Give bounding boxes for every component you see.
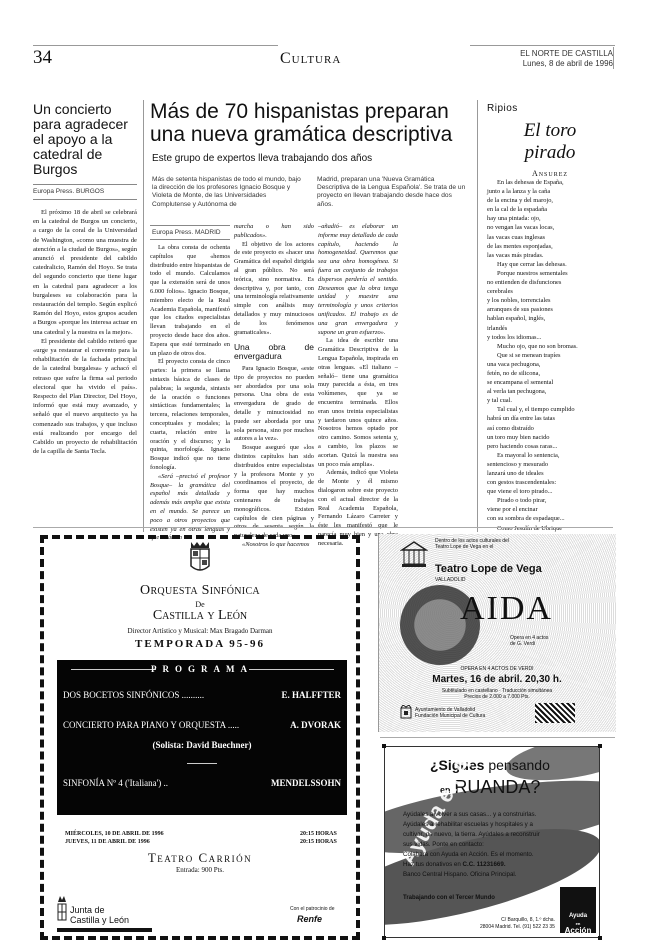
poem-line: lanzará uno de ideales [487,469,617,478]
poem-line: Como Jesulín de Ubrique [487,524,617,533]
ripios-label: Ripios [487,103,518,114]
poem-line: Tal cual y, el tiempo cumplido [487,405,617,414]
paragraph: El próximo 18 de abril se celebrará en l… [33,208,137,337]
poem-line: de las mentes esponjadas, [487,242,617,251]
poem-line: de la encina y del marojo, [487,196,617,205]
program-work: CONCIERTO PARA PIANO Y ORQUESTA ..... [63,720,239,730]
bank-account: C.C. 11231669. [463,861,506,868]
ruanda-ad: ¿Sigues pensando en RUANDA? Ayuda en Acc… [384,746,600,938]
body-line: Ayúdales a volver a sus casas... y a con… [403,810,593,820]
program-work: DOS BOCETOS SINFÓNICOS .......... [63,690,204,700]
paragraph: «Será –precisó el profesor Bosque– la gr… [150,473,230,543]
body-line: cultivar, de nuevo, la tierra. Ayúdales … [403,830,593,840]
main-article-lead-right: Madrid, preparan una 'Nueva Gramática De… [317,176,467,209]
poem-line: al verla tan pechugona, [487,387,617,396]
publication-name: EL NORTE DE CASTILLA [510,49,613,59]
poem-line: Porque nuestros sementales [487,269,617,278]
headline-light: pensando [488,757,550,773]
poem-line: no vengan las vacas locas, [487,223,617,232]
paragraph: La idea de escribir una Gramática Descri… [318,337,398,469]
poem-line: Es mayoral lo sentencia, [487,451,617,460]
paragraph: La obra consta de ochenta capítulos que … [150,244,230,358]
concert-date: MIÉRCOLES, 10 DE ABRIL DE 1996 [65,830,164,838]
poem-line: Que si se menean trapíes [487,351,617,360]
main-article-headline: Más de 70 hispanistas preparan una nueva… [150,100,470,146]
publication-date: Lunes, 8 de abril de 1996 [510,59,613,69]
corner-mark [598,936,602,940]
concert-times: 20:15 HORAS 20:15 HORAS [300,830,337,846]
address-line: 28004 Madrid. Tel. (91) 522 23 35 [480,924,555,931]
divider [33,184,137,185]
poem-line: arranques de sus pasiones [487,305,617,314]
logo-line: Ayuda [560,913,596,920]
header-rule [33,45,278,46]
poem-line: hablan español, inglés, [487,314,617,323]
corner-mark [382,744,386,748]
orchestra-director: Director Artístico y Musical: Max Bragad… [40,627,360,635]
orchestra-name: Orquesta Sinfónica [40,583,360,599]
concert-time: 20:15 HORAS [300,830,337,838]
coat-of-arms-icon [188,540,212,574]
poem-line: se encampana el semental [487,378,617,387]
poem-line: una vaca pechugona, [487,360,617,369]
address-line: C/ Barquillo, 8, 1.º dcha. [480,917,555,924]
aida-organizer: Ayuntamiento de Valladolid Fundación Mun… [415,707,485,719]
program-row: SINFONÍA Nº 4 ('Italiana') .. MENDELSSOH… [63,778,341,788]
body-line: Haz tus donativos en [403,861,461,868]
main-article-lead-left: Más de setenta hispanistas de todo el mu… [152,176,302,209]
divider [249,669,334,670]
ripios-title: El toro pirado [500,120,600,164]
poem-line: las vacas cuas inglesas [487,233,617,242]
poem-line: pero haciendo cosas raras... [487,442,617,451]
paragraph: Para Ignacio Bosque, «este tipo de proye… [234,365,314,444]
publication-info: EL NORTE DE CASTILLA Lunes, 8 de abril d… [510,49,613,69]
junta-crest-icon [57,892,67,922]
column-divider [143,100,144,532]
divider [380,737,615,738]
aida-org-line: Fundación Municipal de Cultura [415,713,485,719]
aida-info: OPERA EN 4 ACTOS DE VERDI [378,666,616,672]
poem-line: En las dehesas de España, [487,178,617,187]
poem-line: cerebrales [487,287,617,296]
program-row: DOS BOCETOS SINFÓNICOS .......... E. HAL… [63,690,341,700]
paragraph: El objetivo de los actores de este proye… [234,241,314,338]
ripios-poem: En las dehesas de España,junto a la lanz… [487,178,617,542]
orchestra-season: TEMPORADA 95-96 [40,638,360,650]
ticket-price: Entrada: 900 Pts. [40,866,360,874]
main-article-column-3: –añadió– es elaborar un informe muy deta… [318,223,398,548]
poem-line: fetén, no de silicona, [487,369,617,378]
column-divider [477,100,478,532]
program-composer: A. DVORAK [290,720,341,730]
aida-info-line: Precios de 2.000 a 7.000 Pts. [378,694,616,700]
program-composer: E. HALFFTER [281,690,341,700]
main-article-source: Europa Press. MADRID [152,229,221,236]
sponsor-logo-icon [535,703,575,723]
header-divider [613,47,614,69]
corner-mark [382,936,386,940]
ayuda-en-accion-logo: Ayuda en Acción [560,887,596,933]
left-article-headline: Un concierto para agradecer el apoyo a l… [33,102,137,177]
aida-theatre: Teatro Lope de Vega [435,563,542,575]
ruanda-address: C/ Barquillo, 8, 1.º dcha. 28004 Madrid.… [480,917,555,931]
poem-line: viene por el encinar [487,505,617,514]
corner-mark [598,744,602,748]
aida-pretext: Dentro de los actos culturales del Teatr… [435,538,509,550]
city-crest-icon [400,705,412,719]
aida-subtitle: Opera en 4 actos de G. Verdi [510,635,548,647]
program-box: PROGRAMA DOS BOCETOS SINFÓNICOS ........… [57,660,347,815]
poem-line: con su sombra de espadaque... [487,514,617,523]
poem-line: Hay que cerrar las dehesas. [487,260,617,269]
left-article-body: El próximo 18 de abril se celebrará en l… [33,208,137,456]
sponsor-label: Con el patrocinio de [290,906,334,912]
body-line: sus vidas. Ponte en contacto: [403,840,593,850]
poem-line: que viene el toro pirado... [487,487,617,496]
left-article-source: Europa Press. BURGOS [33,188,104,195]
poem-line: Pirado o todo pirar, [487,496,617,505]
aida-pretext-line: Teatro Lope de Vega en el [435,544,509,550]
program-row: CONCIERTO PARA PIANO Y ORQUESTA ..... A.… [63,720,341,730]
program-soloist: (Solista: David Buechner) [57,740,347,750]
aida-date: Martes, 16 de abril. 20,30 h. [378,674,616,685]
ripios-author: Ansurez [487,169,613,178]
poem-line: un toro muy bien nacido [487,433,617,442]
paragraph: –añadió– es elaborar un informe muy deta… [318,223,398,337]
poem-line: sentencioso y mesurado [487,460,617,469]
concert-time: 20:15 HORAS [300,838,337,846]
ruanda-tagline: Trabajando con el Tercer Mundo [403,895,495,901]
poem-line: habrá un día entre las tatas [487,414,617,423]
ruanda-body: Ayúdales a volver a sus casas... y a con… [403,810,593,880]
main-article-column-1: La obra consta de ochenta capítulos que … [150,244,230,543]
junta-line: Junta de [70,905,129,915]
poem-line: las vacas más piradas. [487,251,617,260]
poem-line: no entienden de disfunciones [487,278,617,287]
page-number: 34 [33,47,52,69]
junta-logo-text: Junta de Castilla y León [70,905,129,925]
divider [187,763,217,764]
section-title: Cultura [280,50,341,68]
divider [33,199,137,200]
paragraph: El presidente del cabildo reiteró que «u… [33,337,137,457]
aida-city: VALLADOLID [435,577,465,583]
ads-divider [33,527,613,528]
junta-line: Castilla y León [70,915,129,925]
poem-line: hay una pintada: ojo, [487,214,617,223]
poem-line: y tal cual. [487,396,617,405]
aida-title: AIDA [460,590,553,628]
poem-line: junto a la lanza y la caña [487,187,617,196]
poem-line: así como distraído [487,424,617,433]
poem-line: con gestos trascendentales: [487,478,617,487]
poem-line: en la cal de la espadaña [487,205,617,214]
poem-line: y los nobles, torrenciales [487,296,617,305]
article-subhead: Una obra de envergadura [234,343,314,361]
aida-subtitle-line: de G. Verdi [510,641,548,647]
body-line: Ayúdales a rehabilitar escuelas y hospit… [403,820,593,830]
bank-name: Banco Central Hispano. Oficina Principal… [403,870,593,880]
header-rule-right [470,45,615,46]
main-article-deck: Este grupo de expertos lleva trabajando … [152,153,372,164]
orchestra-region: Castilla y León [40,608,360,624]
concert-venue: Teatro Carrión [40,850,360,866]
sponsor-logo: Renfe [297,914,322,924]
junta-bar [57,928,152,932]
divider [150,225,230,226]
divider [150,239,230,240]
paragraph: marcha o han sido publicados». [234,223,314,241]
theatre-building-icon [400,540,428,568]
logo-line: Acción [560,927,596,934]
poem-line: y todos los idiomas... [487,333,617,342]
program-work: SINFONÍA Nº 4 ('Italiana') .. [63,778,168,788]
main-article-column-2: marcha o han sido publicados». El objeti… [234,223,314,550]
paragraph: El proyecto consta de cinco partes: la p… [150,358,230,472]
concert-dates: MIÉRCOLES, 10 DE ABRIL DE 1996 JUEVES, 1… [65,830,164,846]
body-line: Colabora con Ayuda en Acción. Es el mome… [403,850,593,860]
concert-date: JUEVES, 11 DE ABRIL DE 1996 [65,838,164,846]
aida-info-details: Subtitulado en castellano · Traducción s… [378,688,616,700]
poem-line: irlandés [487,324,617,333]
program-composer: MENDELSSOHN [271,778,341,788]
poem-line: Mucho ojo, que no son bromas. [487,342,617,351]
